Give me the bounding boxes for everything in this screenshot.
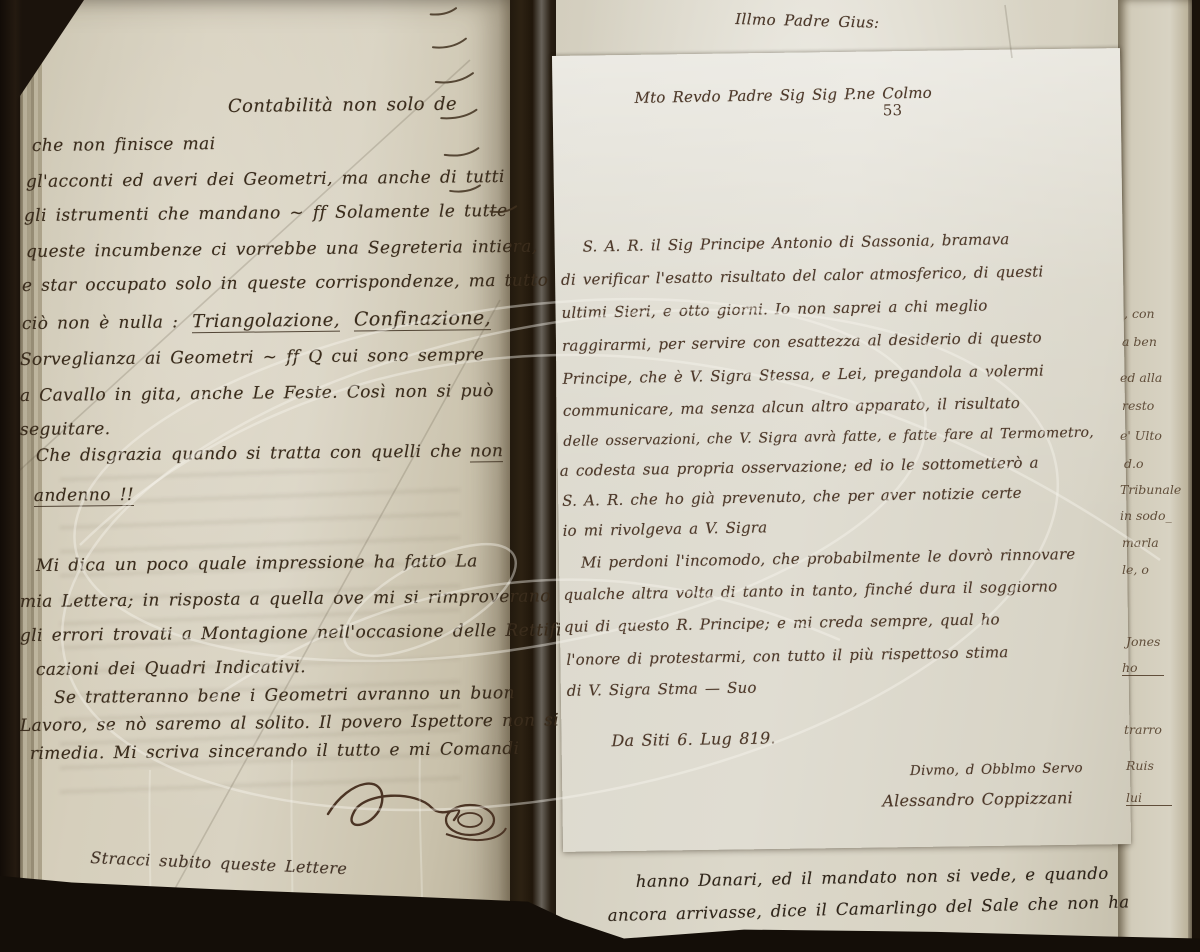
edge-fragment: Ruis — [1126, 758, 1154, 773]
letter-line: Mi perdoni l'incomodo, che probabilmente… — [581, 545, 1076, 572]
edge-fragment: lui — [1126, 790, 1172, 806]
manuscript-line: Sorveglianza ai Geometri ~ ff Q cui sono… — [20, 345, 485, 370]
manuscript-line: gli istrumenti che mandano ~ ff Solament… — [24, 201, 508, 226]
edge-fragment: resto — [1122, 398, 1154, 413]
letter-line: communicare, ma senza alcun altro appara… — [563, 394, 1020, 420]
letter-dateline: Da Siti 6. Lug 819. — [611, 728, 776, 750]
manuscript-line: seguitare. — [20, 419, 111, 440]
letter-line: raggirarmi, per servire con esattezza al… — [562, 329, 1042, 355]
manuscript-line: gl'acconti ed averi dei Geometri, ma anc… — [26, 167, 505, 192]
edge-fragment: Tribunale — [1120, 482, 1181, 497]
letter-line: qualche altra volta di tanto in tanto, f… — [563, 577, 1057, 604]
photo-right-edge — [1188, 0, 1200, 952]
line-fragment: Che disgrazia quando si tratta con quell… — [36, 442, 462, 466]
letter-line: di verificar l'esatto risultato del calo… — [561, 262, 1044, 288]
postscript-line: Stracci subito queste Lettere — [90, 848, 348, 878]
letter-line: di V. Sigra Stma — Suo — [567, 679, 757, 700]
edge-fragment: in sodo_ — [1120, 508, 1172, 523]
edge-fragment: Jones — [1126, 634, 1160, 649]
underlined-word: non — [470, 441, 504, 462]
edge-fragment: ed alla — [1120, 370, 1162, 385]
edge-fragment: d.o — [1124, 456, 1144, 471]
letter-sheet: Mto Revdo Padre Sig Sig P.ne Colmo 53 S.… — [552, 48, 1131, 852]
manuscript-line: che non finisce mai — [32, 134, 216, 156]
underpage-header: Illmo Padre Gius: — [735, 10, 880, 32]
edge-fragment: , con — [1124, 306, 1155, 321]
underlined-word: Confinazione, — [354, 307, 491, 331]
manuscript-line: a Cavallo in gita, anche Le Feste. Così … — [20, 381, 494, 406]
manuscript-line: ciò non è nulla :Triangolazione,Confinaz… — [22, 307, 491, 334]
letter-line: S. A. R. che ho già prevenuto, che per a… — [562, 484, 1022, 510]
edge-fragment: marla — [1122, 535, 1159, 550]
letter-line: S. A. R. il Sig Principe Antonio di Sass… — [582, 230, 1009, 255]
letter-line: delle osservazioni, che V. Sigra avrà fa… — [563, 425, 1094, 450]
manuscript-line: Che disgrazia quando si tratta con quell… — [36, 441, 504, 466]
edge-fragment: a ben — [1122, 334, 1157, 349]
photo-left-edge — [0, 0, 22, 952]
edge-fragment: ho — [1122, 660, 1164, 676]
manuscript-photo: Contabilità non solo de che non finisce … — [0, 0, 1200, 952]
letter-line: a codesta sua propria osservazione; ed i… — [560, 454, 1039, 480]
letter-line: io mi rivolgeva a V. Sigra — [562, 518, 767, 540]
edge-fragments: , con a ben ed alla resto e' Ulto d.o Tr… — [1120, 0, 1192, 948]
manuscript-line: queste incumbenze ci vorrebbe una Segret… — [26, 237, 538, 262]
letter-line: qui di questo R. Principe; e mi creda se… — [564, 610, 1000, 636]
letter-closing: Divmo, d Obblmo Servo — [910, 760, 1083, 779]
letter-line: l'onore di protestarmi, con tutto il più… — [566, 643, 1008, 669]
manuscript-line: Contabilità non solo de — [228, 94, 457, 117]
letter-line: Principe, che è V. Sigra Stessa, e Lei, … — [562, 361, 1044, 387]
letter-signature: Alessandro Coppizzani — [882, 788, 1073, 810]
line-fragment: ciò non è nulla : — [22, 312, 179, 334]
page-number: 53 — [883, 101, 903, 119]
ink-bleedthrough — [60, 470, 460, 800]
letter-line: ultimi Sieri, e otto giorni. Io non sapr… — [561, 296, 987, 321]
edge-fragment: trarro — [1124, 722, 1162, 737]
manuscript-line: e star occupato solo in queste corrispon… — [22, 270, 549, 296]
edge-fragment: e' Ulto — [1120, 428, 1162, 443]
underlined-word: Triangolazione, — [192, 310, 340, 334]
edge-fragment: le, o — [1122, 562, 1149, 577]
